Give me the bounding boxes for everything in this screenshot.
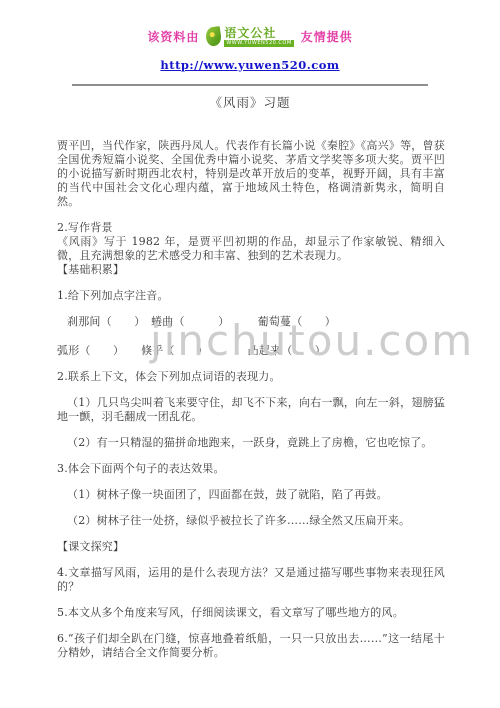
doc-block: 4.文章描写风雨，运用的是什么表现方法？又是通过描写哪些事物来表现狂风的？ [57, 566, 445, 594]
doc-block: 【基础积累】 [57, 263, 445, 277]
provider-line: 该资料由 语文公社 WWW.YUWEN520.COM 友情提供 [147, 27, 352, 47]
doc-block: 5.本文从多个角度来写风，仔细阅读课文，看文章写了哪些地方的风。 [57, 606, 445, 620]
doc-block: （1）树林子像一块面团了，四面都在鼓，鼓了就陷，陷了再鼓。 [57, 488, 445, 502]
doc-block: 贾平凹，当代作家，陕西丹凤人。代表作有长篇小说《秦腔》《高兴》等，曾获全国优秀短… [57, 139, 445, 209]
site-link-row: http://www.yuwen520.com [0, 54, 500, 73]
fill-in-line: 弧形（ ） 倏乎（ ） 凸起来（ ） [57, 344, 445, 358]
yuwen-logo: 语文公社 WWW.YUWEN520.COM [206, 27, 293, 47]
doc-block: 1.给下列加点字注音。 [57, 289, 445, 303]
header-divider [72, 84, 428, 86]
site-url-link[interactable]: http://www.yuwen520.com [160, 58, 339, 72]
sprout-leaf-icon [205, 26, 222, 47]
doc-block: （2）树林子往一处挤，绿似乎被拉长了许多……绿全然又压扁开来。 [57, 514, 445, 528]
doc-title: 《风雨》习题 [0, 93, 500, 111]
doc-block: 2.联系上下文，体会下列加点词语的表现力。 [57, 370, 445, 384]
doc-block: （1）几只鸟尖叫着飞来要守住，却飞不下来，向右一飘，向左一斜，翅膀猛地一颤，羽毛… [57, 396, 445, 424]
provider-prefix-text: 该资料由 [147, 28, 199, 45]
doc-block: 2.写作背景 [57, 221, 445, 235]
doc-block: 【课文探究】 [57, 540, 445, 554]
logo-subtext: WWW.YUWEN520.COM [224, 40, 293, 47]
logo-name-text: 语文公社 [224, 27, 293, 39]
logo-text: 语文公社 WWW.YUWEN520.COM [224, 27, 293, 47]
fill-in-line: 刹那间（ ） 蜷曲（ ） 葡萄蔓（ ） [57, 315, 445, 329]
doc-block: 3.体会下面两个句子的表达效果。 [57, 462, 445, 476]
doc-body: 贾平凹，当代作家，陕西丹凤人。代表作有长篇小说《秦腔》《高兴》等，曾获全国优秀短… [57, 139, 445, 660]
provider-suffix-text: 友情提供 [301, 28, 353, 45]
doc-block: 《风雨》写于 1982 年，是贾平凹初期的作品，却显示了作家敏锐、精细入微，且充… [57, 235, 445, 263]
doc-block: 6.“孩子们却全趴在门缝，惊喜地叠着纸船，一只一只放出去……”这一结尾十分精妙，… [57, 632, 445, 660]
page-header: 该资料由 语文公社 WWW.YUWEN520.COM 友情提供 http://w… [0, 0, 500, 73]
document-page: 该资料由 语文公社 WWW.YUWEN520.COM 友情提供 http://w… [0, 0, 500, 708]
doc-block: （2）有一只精湿的猫拼命地跑来，一跃身，竟跳上了房檐，它也吃惊了。 [57, 436, 445, 450]
